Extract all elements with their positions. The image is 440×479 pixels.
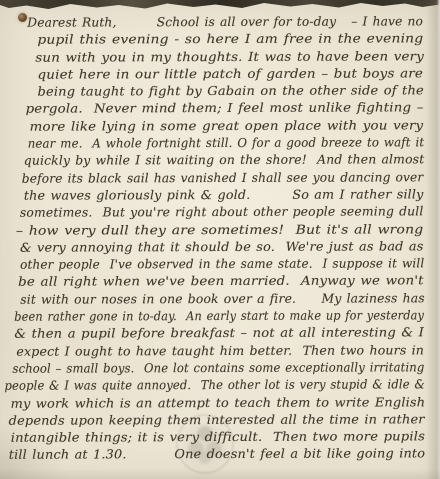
letter-line: been rather gone in to-day. An early sta… (14, 305, 440, 324)
letter-line: & very annoying that it should be so. We… (20, 236, 440, 255)
letter-line: the waves gloriously pink & gold. So am … (24, 184, 440, 203)
letter-line: pergola. Never mind them; I feel most un… (26, 98, 440, 117)
letter-line: sun with you in my thoughts. It was to h… (35, 46, 439, 65)
letter-page: Dearest Ruth, School is all over for to-… (0, 0, 440, 479)
letter-line: intangible things; it is very difficult.… (11, 426, 440, 445)
right-edge-shadow (426, 0, 440, 479)
letter-line: till lunch at 1.30. One doesn't feel a b… (9, 444, 440, 463)
bottom-left-corner-shadow (0, 424, 70, 479)
letter-line: sit with our noses in one book over a fi… (20, 288, 440, 307)
letter-line: people & I was quite annoyed. The other … (4, 374, 440, 393)
letter-line: other people I've observed in the same s… (20, 253, 440, 272)
letter-line: depends upon keeping them interested all… (9, 409, 440, 428)
letter-line: near me. A whole fortnight still. O for … (28, 132, 440, 151)
letter-line: & then a pupil before breakfast – not at… (14, 323, 440, 342)
letter-line: expect I ought to have taught him better… (16, 340, 440, 359)
letter-line: pupil this evening - so here I am free i… (37, 29, 439, 48)
letter-line: – how very dull they are sometimes! But … (16, 219, 440, 238)
letter-line: Dearest Ruth, School is all over for to-… (27, 11, 439, 30)
letter-line: being taught to fight by Gabain on the o… (37, 80, 439, 99)
letter-line: sometimes. But you're right about other … (20, 201, 440, 220)
letter-line: before its black sail has vanished I sha… (22, 167, 440, 186)
letter-line: quickly by while I sit waiting on the sh… (24, 150, 440, 169)
torn-paper-edge (0, 0, 440, 10)
letter-line: quiet here in our little patch of garden… (37, 63, 439, 82)
handwritten-letter-body: Dearest Ruth, School is all over for to-… (0, 11, 440, 462)
letter-line: school – small boys. One lot contains so… (12, 357, 440, 376)
letter-line: be all right when we've been married. An… (18, 271, 440, 290)
letter-line: more like lying in some great open place… (30, 115, 440, 134)
letter-line: my work which is an attempt to teach the… (11, 392, 440, 411)
